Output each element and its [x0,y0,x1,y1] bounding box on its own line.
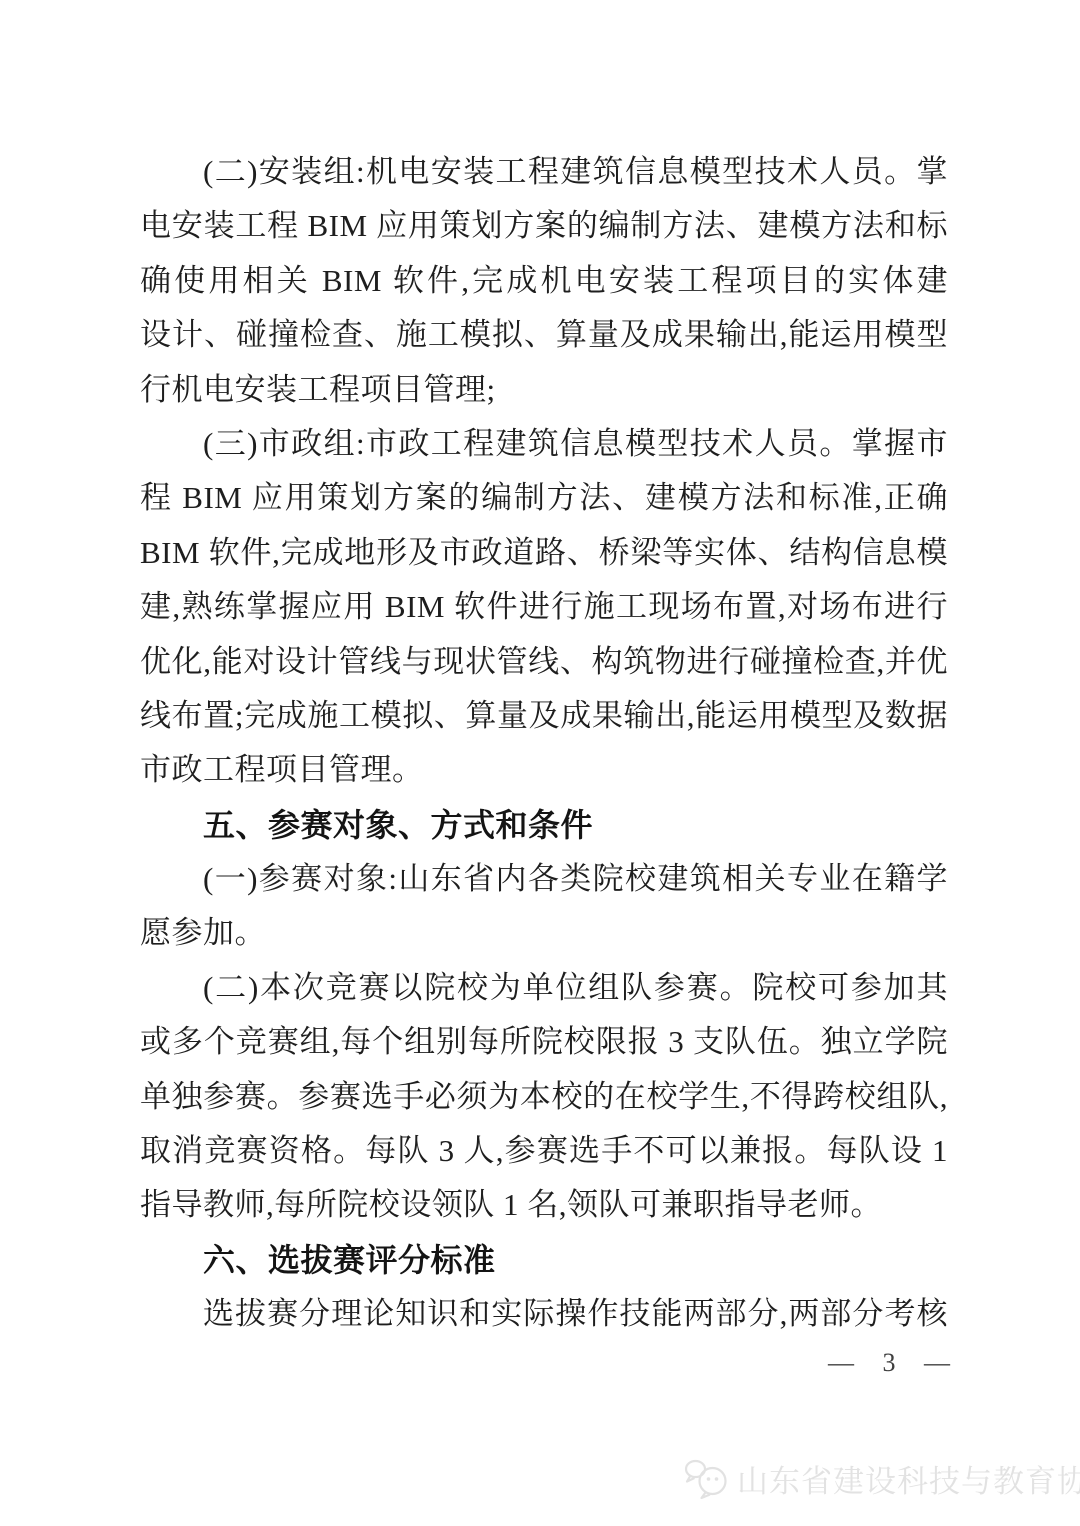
section-heading: 六、选拔赛评分标准 [140,1233,948,1287]
text-line: 设计、碰撞检查、施工模拟、算量及成果输出,能运用模型及数据进 [140,308,948,362]
text-line: 电安装工程 BIM 应用策划方案的编制方法、建模方法和标准,正 [140,199,948,253]
document-page: (二)安装组:机电安装工程建筑信息模型技术人员。掌握机电安装工程 BIM 应用策… [0,0,1080,1526]
text-line: 建,熟练掌握应用 BIM 软件进行施工现场布置,对场布进行分析、 [140,580,948,634]
text-line: (三)市政组:市政工程建筑信息模型技术人员。掌握市政工 [140,417,948,471]
text-line: (二)安装组:机电安装工程建筑信息模型技术人员。掌握机 [140,145,948,199]
text-line: 六、选拔赛评分标准 [140,1233,948,1287]
paragraph: 选拔赛分理论知识和实际操作技能两部分,两部分考核成绩 [140,1287,948,1341]
text-line: 或多个竞赛组,每个组别每所院校限报 3 支队伍。独立学院可以 [140,1015,948,1069]
paragraph: (一)参赛对象:山东省内各类院校建筑相关专业在籍学生,自愿参加。 [140,852,948,961]
text-line: 取消竞赛资格。每队 3 人,参赛选手不可以兼报。每队设 1—2 名 [140,1124,948,1178]
text-line: BIM 软件,完成地形及市政道路、桥梁等实体、结构信息模型创 [140,526,948,580]
text-line: (一)参赛对象:山东省内各类院校建筑相关专业在籍学生,自 [140,852,948,906]
text-line: 确使用相关 BIM 软件,完成机电安装工程项目的实体建模、深化 [140,254,948,308]
text-line: 指导教师,每所院校设领队 1 名,领队可兼职指导老师。 [140,1178,948,1232]
footer-watermark: 山东省建设科技与教育协会 [684,1456,1080,1501]
section-heading: 五、参赛对象、方式和条件 [140,798,948,852]
wechat-logo-icon [684,1458,730,1500]
text-line: (二)本次竞赛以院校为单位组队参赛。院校可参加其中一个 [140,961,948,1015]
text-line: 行机电安装工程项目管理; [140,363,948,417]
paragraph: (二)安装组:机电安装工程建筑信息模型技术人员。掌握机电安装工程 BIM 应用策… [140,145,948,417]
text-line: 单独参赛。参赛选手必须为本校的在校学生,不得跨校组队,违者 [140,1070,948,1124]
text-line: 五、参赛对象、方式和条件 [140,798,948,852]
document-body: (二)安装组:机电安装工程建筑信息模型技术人员。掌握机电安装工程 BIM 应用策… [140,145,948,1342]
text-line: 市政工程项目管理。 [140,743,948,797]
paragraph: (二)本次竞赛以院校为单位组队参赛。院校可参加其中一个或多个竞赛组,每个组别每所… [140,961,948,1233]
paragraph: (三)市政组:市政工程建筑信息模型技术人员。掌握市政工程 BIM 应用策划方案的… [140,417,948,798]
text-line: 优化,能对设计管线与现状管线、构筑物进行碰撞检查,并优化管 [140,635,948,689]
text-line: 线布置;完成施工模拟、算量及成果输出,能运用模型及数据进行 [140,689,948,743]
page-number: — 3 — [828,1348,952,1378]
text-line: 愿参加。 [140,906,948,960]
text-line: 选拔赛分理论知识和实际操作技能两部分,两部分考核成绩 [140,1287,948,1341]
text-line: 程 BIM 应用策划方案的编制方法、建模方法和标准,正确使用 [140,471,948,525]
watermark-text: 山东省建设科技与教育协会 [737,1456,1080,1501]
